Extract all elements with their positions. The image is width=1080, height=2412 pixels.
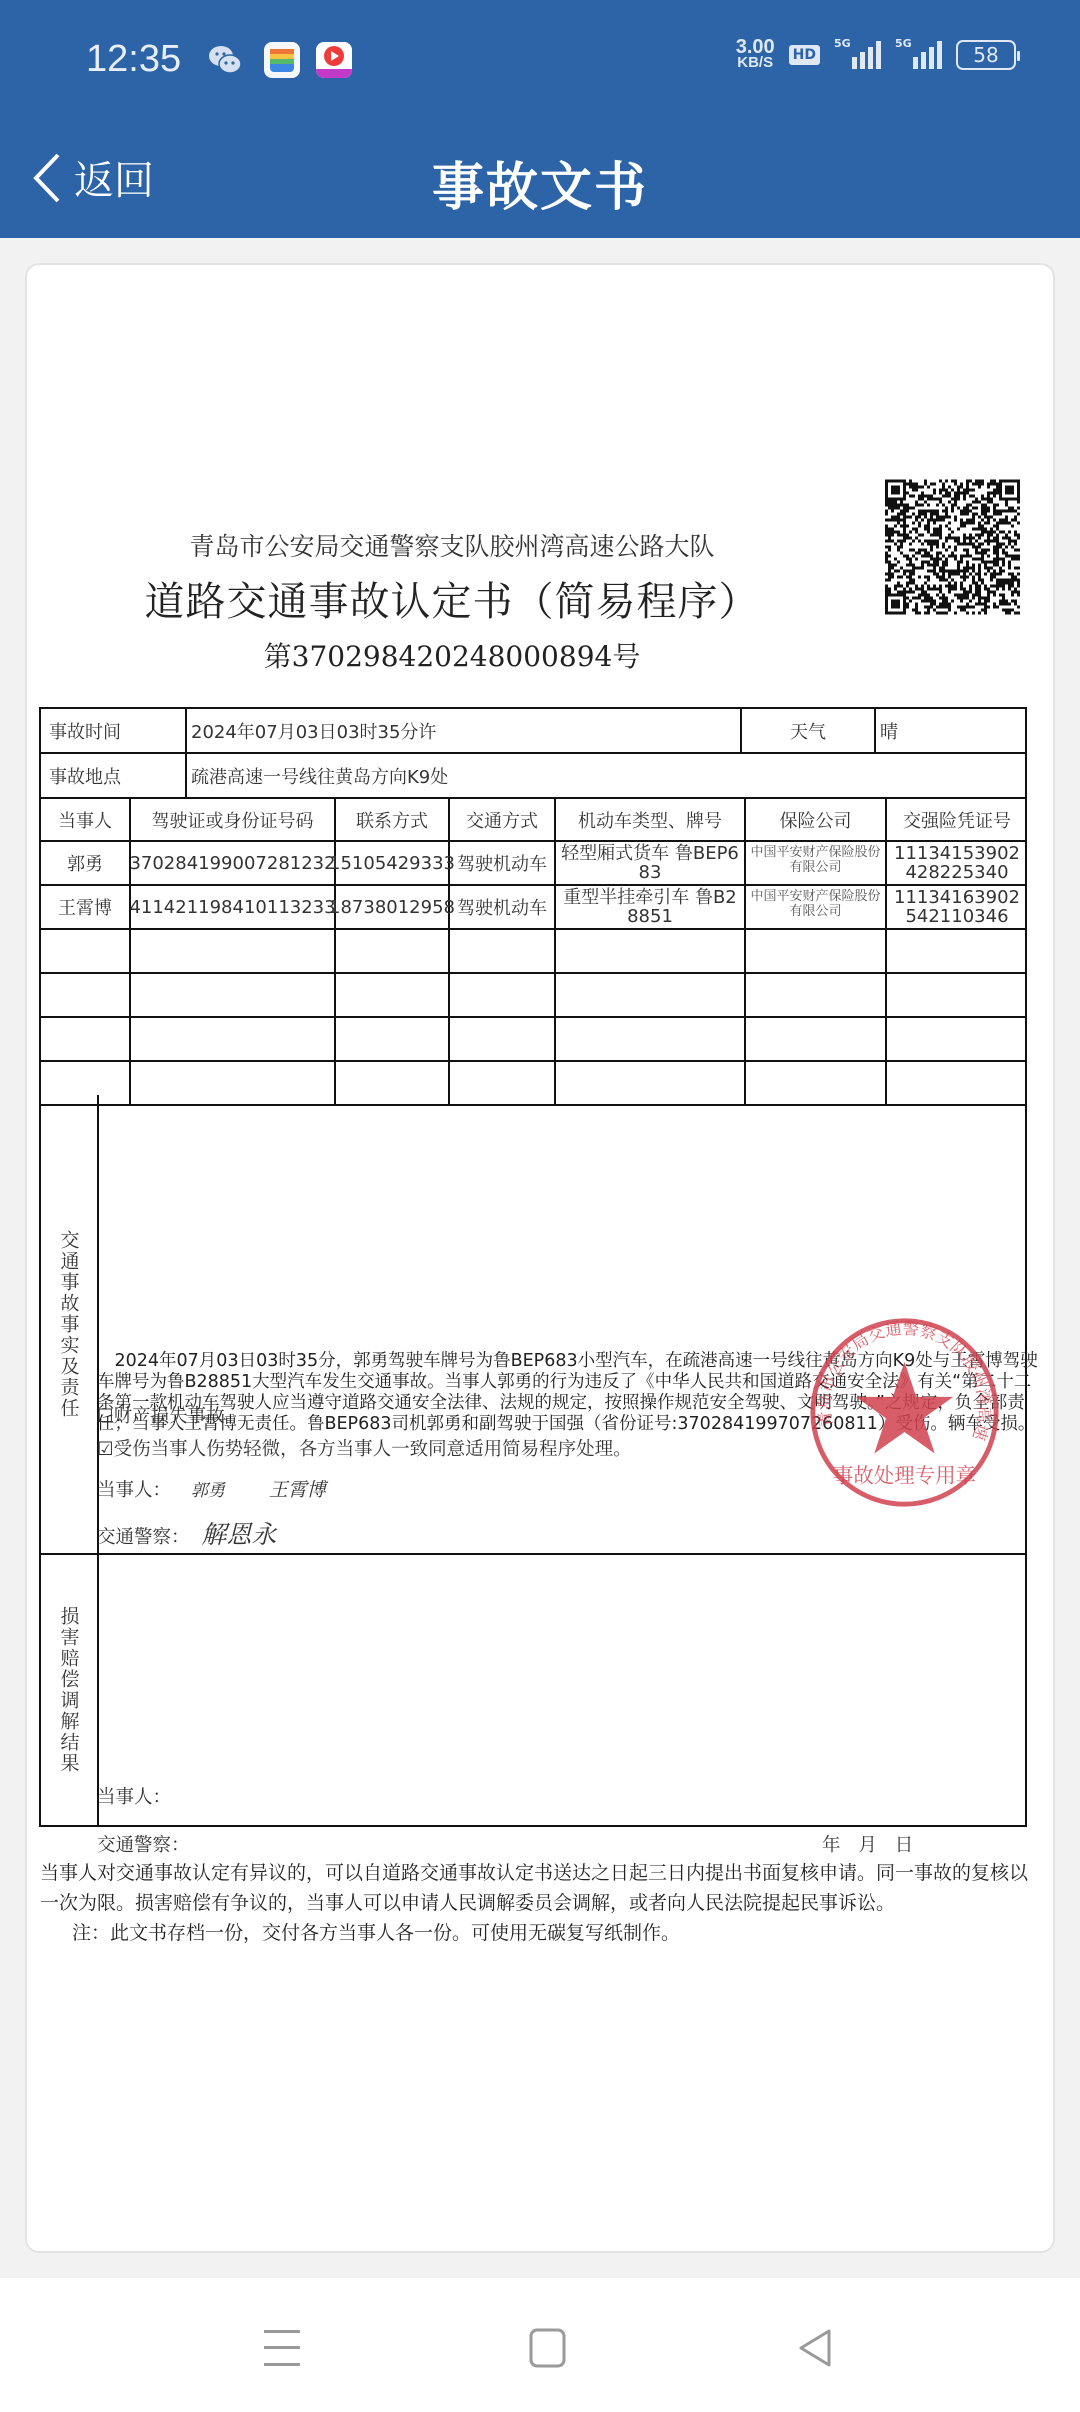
accident-document: 青岛市公安局交通警察支队胶州湾高速公路大队 道路交通事故认定书（简易程序） 第3… — [27, 265, 1053, 2251]
issuing-organization: 青岛市公安局交通警察支队胶州湾高速公路大队 — [27, 527, 877, 563]
weather-label: 天气 — [742, 709, 876, 754]
table-cell — [556, 1018, 746, 1062]
mediation-parties-label: 当事人： — [97, 1783, 171, 1809]
signal-icon-1: 5G — [834, 41, 881, 69]
weather-value: 晴 — [876, 709, 1027, 754]
table-header-cell: 驾驶证或身份证号码 — [131, 799, 336, 842]
table-header-cell: 交通方式 — [450, 799, 556, 842]
signal-icon-2: 5G — [895, 41, 942, 69]
status-bar: 12:35 3.00 KB/S HD 5G — [0, 0, 1080, 125]
wechat-icon — [208, 44, 242, 76]
table-cell: 驾驶机动车 — [450, 842, 556, 886]
mediation-label-cell: 损害赔偿调解结果 — [41, 1555, 99, 1825]
table-cell — [556, 974, 746, 1018]
option-injury-row: ☑受伤当事人伤势轻微，各方当事人一致同意适用简易程序处理。 — [97, 1435, 632, 1461]
table-cell: 370284199007281232 — [131, 842, 336, 886]
network-speed: 3.00 KB/S — [736, 40, 775, 70]
status-time: 12:35 — [86, 38, 181, 81]
mediation-label: 损害赔偿调解结果 — [56, 1606, 83, 1774]
mediation-officer-label: 交通警察： — [97, 1831, 190, 1857]
table-cell: 中国平安财产保险股份有限公司 — [746, 842, 887, 886]
option-property-row: ☐财产损失事故 — [97, 1402, 225, 1428]
home-icon[interactable] — [528, 2328, 568, 2368]
table-cell — [746, 974, 887, 1018]
table-cell: 18738012958 — [336, 886, 450, 930]
table-cell — [131, 974, 336, 1018]
table-cell — [41, 930, 131, 974]
document-title: 道路交通事故认定书（简易程序） — [27, 570, 877, 627]
signature-officer: 解恩永 — [201, 1520, 276, 1549]
mediation-cell — [99, 1555, 1027, 1825]
table-cell — [336, 1018, 450, 1062]
table-cell — [887, 930, 1027, 974]
table-header-cell: 当事人 — [41, 799, 131, 842]
signature-party-1: 郭勇 — [191, 1481, 225, 1501]
table-cell — [887, 974, 1027, 1018]
table-cell — [131, 930, 336, 974]
table-cell — [336, 930, 450, 974]
status-indicators: 3.00 KB/S HD 5G 5G 58 — [736, 40, 1016, 70]
copies-note: 注：此文书存档一份，交付各方当事人各一份。可使用无碳复写纸制作。 — [72, 1918, 1072, 1948]
menu-icon[interactable] — [262, 2328, 302, 2368]
table-cell — [336, 974, 450, 1018]
table-cell — [41, 1018, 131, 1062]
document-card: 青岛市公安局交通警察支队胶州湾高速公路大队 道路交通事故认定书（简易程序） 第3… — [25, 263, 1055, 2253]
checkbox-injury[interactable]: ☑ — [97, 1439, 114, 1460]
table-cell: 中国平安财产保险股份有限公司 — [746, 886, 887, 930]
appeal-notice: 当事人对交通事故认定有异议的，可以自道路交通事故认定书送达之日起三日内提出书面复… — [40, 1858, 1040, 1918]
table-cell — [746, 930, 887, 974]
page-title: 事故文书 — [0, 145, 1080, 220]
table-cell: 15105429333 — [336, 842, 450, 886]
facts-label: 交通事故事实及责任 — [56, 1230, 83, 1419]
place-label: 事故地点 — [41, 754, 187, 799]
facts-label-cell: 交通事故事实及责任 — [41, 1095, 99, 1555]
table-cell — [556, 930, 746, 974]
svg-text:事故处理专用章: 事故处理专用章 — [833, 1464, 976, 1488]
place-value: 疏港高速一号线往黄岛方向K9处 — [187, 754, 1027, 799]
parties-label: 当事人： — [97, 1480, 171, 1501]
checkbox-property[interactable]: ☐ — [97, 1406, 114, 1427]
hd-voice-icon: HD — [789, 45, 820, 65]
table-cell — [887, 1018, 1027, 1062]
nav-bar: 返回 事故文书 — [0, 125, 1080, 238]
option-property-label: 财产损失事故 — [114, 1406, 225, 1427]
table-cell — [41, 974, 131, 1018]
time-value: 2024年07月03日03时35分许 — [187, 709, 742, 754]
mediation-date-label: 年 月 日 — [822, 1831, 919, 1857]
table-cell: 轻型厢式货车 鲁BEP683 — [556, 842, 746, 886]
battery-icon: 58 — [956, 40, 1016, 70]
top-bar: 12:35 3.00 KB/S HD 5G — [0, 0, 1080, 238]
table-header-cell: 机动车类型、牌号 — [556, 799, 746, 842]
officer-label: 交通警察： — [97, 1527, 190, 1548]
table-header-cell: 交强险凭证号 — [887, 799, 1027, 842]
document-number: 第370298420248000894号 — [27, 635, 877, 675]
video-app-icon — [316, 42, 352, 78]
official-stamp: 青岛市公安局交通警察支队胶州湾高速公路大队 事故处理专用章 — [807, 1315, 1002, 1510]
table-cell: 王霄博 — [41, 886, 131, 930]
time-label: 事故时间 — [41, 709, 187, 754]
table-header-cell: 联系方式 — [336, 799, 450, 842]
officer-signature-row: 交通警察： 解恩永 — [97, 1515, 276, 1551]
back-nav-icon[interactable] — [795, 2328, 835, 2368]
table-cell — [746, 1018, 887, 1062]
table-cell — [131, 1018, 336, 1062]
table-cell: 重型半挂牵引车 鲁B28851 — [556, 886, 746, 930]
table-cell — [450, 930, 556, 974]
table-cell: 11134163902542110346 — [887, 886, 1027, 930]
table-cell: 郭勇 — [41, 842, 131, 886]
option-injury-label: 受伤当事人伤势轻微，各方当事人一致同意适用简易程序处理。 — [114, 1439, 632, 1460]
parties-signature-row: 当事人： 郭勇 王霄博 — [97, 1475, 326, 1502]
table-header-cell: 保险公司 — [746, 799, 887, 842]
accident-table: 事故时间 2024年07月03日03时35分许 天气 晴 事故地点 疏港高速一号… — [39, 707, 1027, 1827]
signature-party-2: 王霄博 — [269, 1479, 326, 1501]
wallet-icon — [264, 42, 300, 78]
table-cell: 驾驶机动车 — [450, 886, 556, 930]
table-cell: 11134153902428225340 — [887, 842, 1027, 886]
qr-code-icon — [885, 479, 1020, 615]
table-cell — [450, 974, 556, 1018]
table-cell — [450, 1018, 556, 1062]
table-cell: 411421198410113233 — [131, 886, 336, 930]
